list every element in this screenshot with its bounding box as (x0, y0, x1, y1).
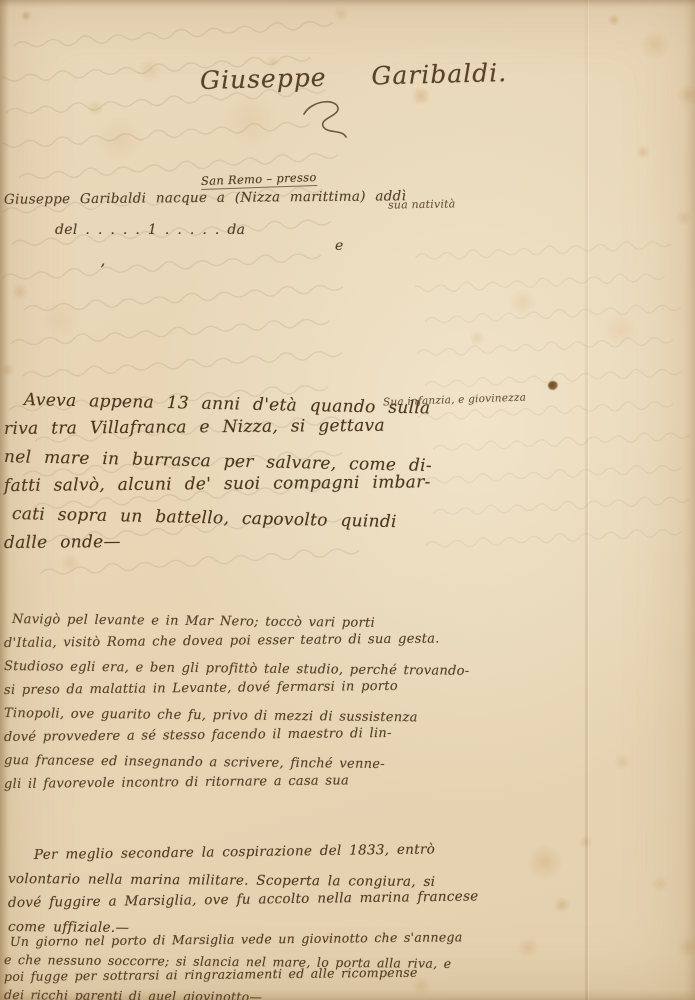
manuscript-line: si preso da malattia in Levante, dové fe… (4, 674, 470, 702)
page-title: Giuseppe Garibaldi. (200, 58, 508, 95)
ink-blot (548, 381, 558, 390)
manuscript-line: del . . . . . 1 . . . . . da (55, 222, 245, 238)
interlinear-insertion: San Remo – presso (201, 170, 317, 190)
stray-pen-mark: ’ (100, 260, 105, 279)
stray-letter: e (335, 238, 344, 254)
manuscript-line: dalle onde— (4, 525, 432, 557)
pen-flourish-icon (296, 96, 356, 142)
manuscript-line: fatti salvò, alcuni de' suoi compagni im… (4, 468, 432, 500)
margin-note-birth: sua natività (388, 197, 456, 211)
manuscript-line: riva tra Villafranca e Nizza, si gettava (4, 411, 432, 443)
manuscript-line: Per meglio secondare la cospirazione del… (34, 837, 479, 867)
paragraph-voyages: Navigò pel levante e in Mar Nero; toccò … (4, 608, 470, 796)
manuscript-line: Giuseppe Garibaldi nacque a (Nizza marit… (4, 188, 406, 208)
paragraph-conspiracy: Per meglio secondare la cospirazione del… (8, 843, 479, 939)
paragraph-childhood: Aveva appena 13 anni d'età quando sullar… (4, 386, 432, 557)
paragraph-rescue: Un giorno nel porto di Marsiglia vede un… (4, 933, 463, 1000)
manuscript-line: gli il favorevole incontro di ritornare … (4, 768, 470, 796)
manuscript-line: Un giorno nel porto di Marsiglia vede un… (10, 928, 463, 950)
fold-crease (585, 0, 588, 1000)
manuscript-line: dové provvedere a sé stesso facendo il m… (4, 721, 470, 749)
manuscript-line: poi fugge per sottrarsi ai ringraziament… (4, 963, 463, 985)
manuscript-page: Giuseppe Garibaldi. San Remo – presso Gi… (0, 0, 695, 1000)
manuscript-line: dei ricchi parenti di quel giovinotto— (4, 986, 463, 1000)
manuscript-line: d'Italia, visitò Roma che dovea poi esse… (4, 627, 470, 655)
manuscript-line: dové fuggire a Marsiglia, ove fu accolto… (8, 884, 479, 915)
